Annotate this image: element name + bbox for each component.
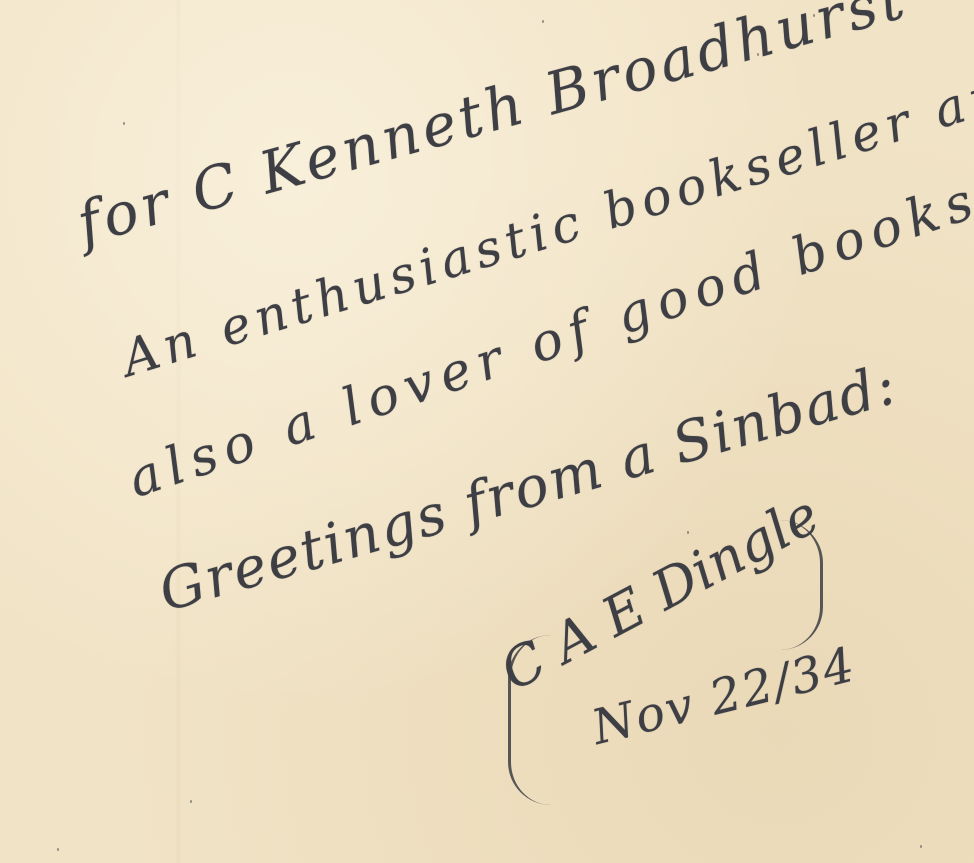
paper-fleck [920,845,922,848]
paper-fleck [542,20,544,23]
paper-fleck [123,122,125,125]
paper-fleck [687,531,689,534]
paper-fleck [190,800,192,803]
paper-fleck [57,848,59,851]
